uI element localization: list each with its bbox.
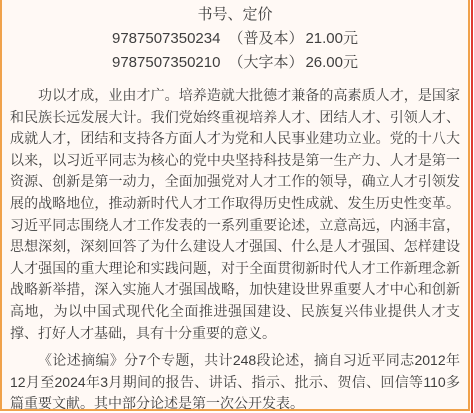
price-large-print-edition: 26.00元 [305,54,358,71]
book-number-price-title: 书号、定价 [10,3,460,27]
compilation-paragraph: 《论述摘编》分7个专题，共计248段论述，摘自习近平同志2012年12月至202… [10,350,460,411]
format-popular-edition: （普及本） [228,30,303,47]
intro-paragraph: 功以才成，业由才广。培养造就大批德才兼备的高素质人才，是国家和民族长远发展大计。… [10,85,460,344]
book-description: 功以才成，业由才广。培养造就大批德才兼备的高素质人才，是国家和民族长远发展大计。… [10,85,460,411]
price-header: 书号、定价 9787507350234（普及本）21.00元 978750735… [10,3,460,75]
page: 书号、定价 9787507350234（普及本）21.00元 978750735… [0,0,474,413]
isbn-price-line-popular: 9787507350234（普及本）21.00元 [10,27,460,51]
page-edge-line [471,0,473,413]
format-large-print-edition: （大字本） [228,54,303,71]
isbn-price-line-large-print: 9787507350210（大字本）26.00元 [10,51,460,75]
isbn-large-print-edition: 9787507350210 [112,54,220,71]
book-info-panel: 书号、定价 9787507350234（普及本）21.00元 978750735… [0,0,470,411]
price-popular-edition: 21.00元 [305,30,358,47]
isbn-popular-edition: 9787507350234 [112,30,220,47]
